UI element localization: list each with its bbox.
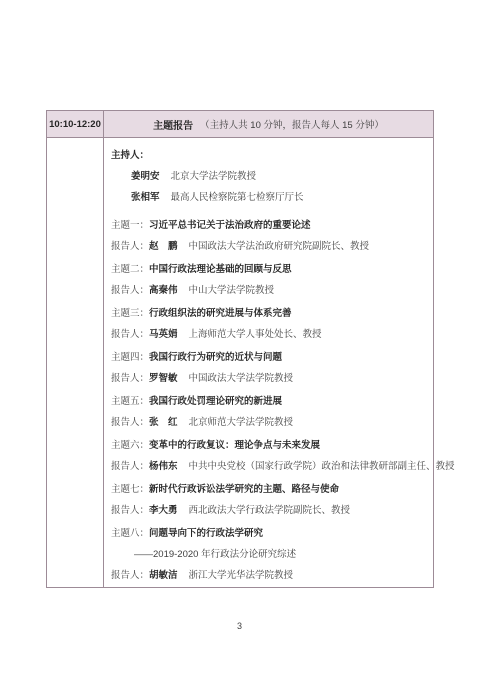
moderators-label: 主持人：	[111, 150, 455, 162]
topic-label: 主题八：	[111, 528, 149, 539]
topic-title-line: 主题六：变革中的行政复议：理论争点与未来发展	[111, 440, 455, 452]
topic-item-6: 主题六：变革中的行政复议：理论争点与未来发展 报告人：杨伟东中共中央党校（国家行…	[111, 440, 455, 473]
topic-label: 主题二：	[111, 264, 149, 275]
topic-label: 主题六：	[111, 440, 149, 451]
topic-item-1: 主题一：习近平总书记关于法治政府的重要论述 报告人：赵 鹏中国政法大学法治政府研…	[111, 220, 455, 253]
topic-speaker-line: 报告人：胡敏洁浙江大学光华法学院教授	[111, 570, 455, 582]
topic-item-7: 主题七：新时代行政诉讼法学研究的主题、路径与使命 报告人：李大勇西北政法大学行政…	[111, 484, 455, 517]
speaker-label: 报告人：	[111, 570, 149, 581]
topic-title-line: 主题四：我国行政行为研究的近状与问题	[111, 352, 455, 364]
speaker-label: 报告人：	[111, 505, 149, 516]
speaker-label: 报告人：	[111, 417, 149, 428]
speaker-name: 张 红	[149, 417, 178, 428]
speaker-affiliation: 西北政法大学行政法学院副院长、教授	[189, 505, 351, 516]
moderator-affiliation: 北京大学法学院教授	[171, 171, 257, 182]
session-note: （主持人共 10 分钟，报告人每人 15 分钟）	[200, 117, 384, 131]
speaker-name: 杨伟东	[149, 461, 178, 472]
topic-title: 问题导向下的行政法学研究	[149, 528, 263, 539]
topic-title-line: 主题二：中国行政法理论基础的回顾与反思	[111, 264, 455, 276]
topic-title-line: 主题八：问题导向下的行政法学研究	[111, 528, 455, 540]
topic-item-4: 主题四：我国行政行为研究的近状与问题 报告人：罗智敏中国政法大学法学院教授	[111, 352, 455, 385]
topic-title-line: 主题一：习近平总书记关于法治政府的重要论述	[111, 220, 455, 232]
speaker-name: 马英娟	[149, 329, 178, 340]
speaker-label: 报告人：	[111, 461, 149, 472]
topic-item-3: 主题三：行政组织法的研究进展与体系完善 报告人：马英娟上海师范大学人事处处长、教…	[111, 308, 455, 341]
topic-speaker-line: 报告人：张 红北京师范大学法学院教授	[111, 417, 455, 429]
speaker-label: 报告人：	[111, 373, 149, 384]
moderator-name: 张相军	[131, 192, 160, 203]
speaker-label: 报告人：	[111, 241, 149, 252]
speaker-name: 李大勇	[149, 505, 178, 516]
speaker-affiliation: 中国政法大学法学院教授	[189, 373, 294, 384]
moderator-row: 姜明安北京大学法学院教授	[111, 171, 455, 183]
topic-title-line: 主题五：我国行政处罚理论研究的新进展	[111, 396, 455, 408]
topic-label: 主题七：	[111, 484, 149, 495]
topic-speaker-line: 报告人：马英娟上海师范大学人事处处长、教授	[111, 329, 455, 341]
topic-title: 行政组织法的研究进展与体系完善	[149, 308, 292, 319]
speaker-affiliation: 上海师范大学人事处处长、教授	[189, 329, 322, 340]
speaker-affiliation: 中共中央党校（国家行政学院）政治和法律教研部副主任、教授	[189, 461, 455, 472]
session-content: 主持人： 姜明安北京大学法学院教授 张相军最高人民检察院第七检察厅厅长 主题一：…	[104, 138, 460, 587]
speaker-name: 胡敏洁	[149, 570, 178, 581]
topic-speaker-line: 报告人：杨伟东中共中央党校（国家行政学院）政治和法律教研部副主任、教授	[111, 461, 455, 473]
topic-item-8: 主题八：问题导向下的行政法学研究 ——2019-2020 年行政法分论研究综述 …	[111, 528, 455, 582]
topic-label: 主题三：	[111, 308, 149, 319]
session-title-cell: 主题报告 （主持人共 10 分钟，报告人每人 15 分钟）	[104, 111, 433, 137]
moderator-affiliation: 最高人民检察院第七检察厅厅长	[171, 192, 304, 203]
session-table: 10:10-12:20 主题报告 （主持人共 10 分钟，报告人每人 15 分钟…	[46, 110, 434, 588]
topic-item-2: 主题二：中国行政法理论基础的回顾与反思 报告人：高秦伟中山大学法学院教授	[111, 264, 455, 297]
speaker-affiliation: 中国政法大学法治政府研究院副院长、教授	[189, 241, 370, 252]
page-number: 3	[0, 621, 479, 631]
moderators-block: 主持人： 姜明安北京大学法学院教授 张相军最高人民检察院第七检察厅厅长	[111, 150, 455, 204]
topic-item-5: 主题五：我国行政处罚理论研究的新进展 报告人：张 红北京师范大学法学院教授	[111, 396, 455, 429]
topic-title: 习近平总书记关于法治政府的重要论述	[149, 220, 311, 231]
topic-label: 主题五：	[111, 396, 149, 407]
session-body-row: 主持人： 姜明安北京大学法学院教授 张相军最高人民检察院第七检察厅厅长 主题一：…	[47, 138, 433, 587]
session-header-row: 10:10-12:20 主题报告 （主持人共 10 分钟，报告人每人 15 分钟…	[47, 111, 433, 138]
speaker-name: 高秦伟	[149, 285, 178, 296]
speaker-name: 赵 鹏	[149, 241, 178, 252]
moderator-name: 姜明安	[131, 171, 160, 182]
topic-title: 我国行政行为研究的近状与问题	[149, 352, 282, 363]
speaker-label: 报告人：	[111, 329, 149, 340]
topic-speaker-line: 报告人：赵 鹏中国政法大学法治政府研究院副院长、教授	[111, 241, 455, 253]
topic-label: 主题四：	[111, 352, 149, 363]
topic-speaker-line: 报告人：高秦伟中山大学法学院教授	[111, 285, 455, 297]
speaker-name: 罗智敏	[149, 373, 178, 384]
speaker-affiliation: 浙江大学光华法学院教授	[189, 570, 294, 581]
topic-title: 新时代行政诉讼法学研究的主题、路径与使命	[149, 484, 339, 495]
session-time: 10:10-12:20	[47, 111, 104, 137]
topic-speaker-line: 报告人：罗智敏中国政法大学法学院教授	[111, 373, 455, 385]
topic-title: 中国行政法理论基础的回顾与反思	[149, 264, 292, 275]
topic-title-line: 主题七：新时代行政诉讼法学研究的主题、路径与使命	[111, 484, 455, 496]
topic-title: 我国行政处罚理论研究的新进展	[149, 396, 282, 407]
speaker-affiliation: 北京师范大学法学院教授	[189, 417, 294, 428]
speaker-affiliation: 中山大学法学院教授	[189, 285, 275, 296]
speaker-label: 报告人：	[111, 285, 149, 296]
session-title: 主题报告	[153, 117, 193, 132]
session-time-spacer	[47, 138, 104, 587]
topic-subtitle: ——2019-2020 年行政法分论研究综述	[111, 549, 455, 561]
topic-title-line: 主题三：行政组织法的研究进展与体系完善	[111, 308, 455, 320]
moderator-row: 张相军最高人民检察院第七检察厅厅长	[111, 192, 455, 204]
topic-title: 变革中的行政复议：理论争点与未来发展	[149, 440, 320, 451]
topic-speaker-line: 报告人：李大勇西北政法大学行政法学院副院长、教授	[111, 505, 455, 517]
topic-label: 主题一：	[111, 220, 149, 231]
